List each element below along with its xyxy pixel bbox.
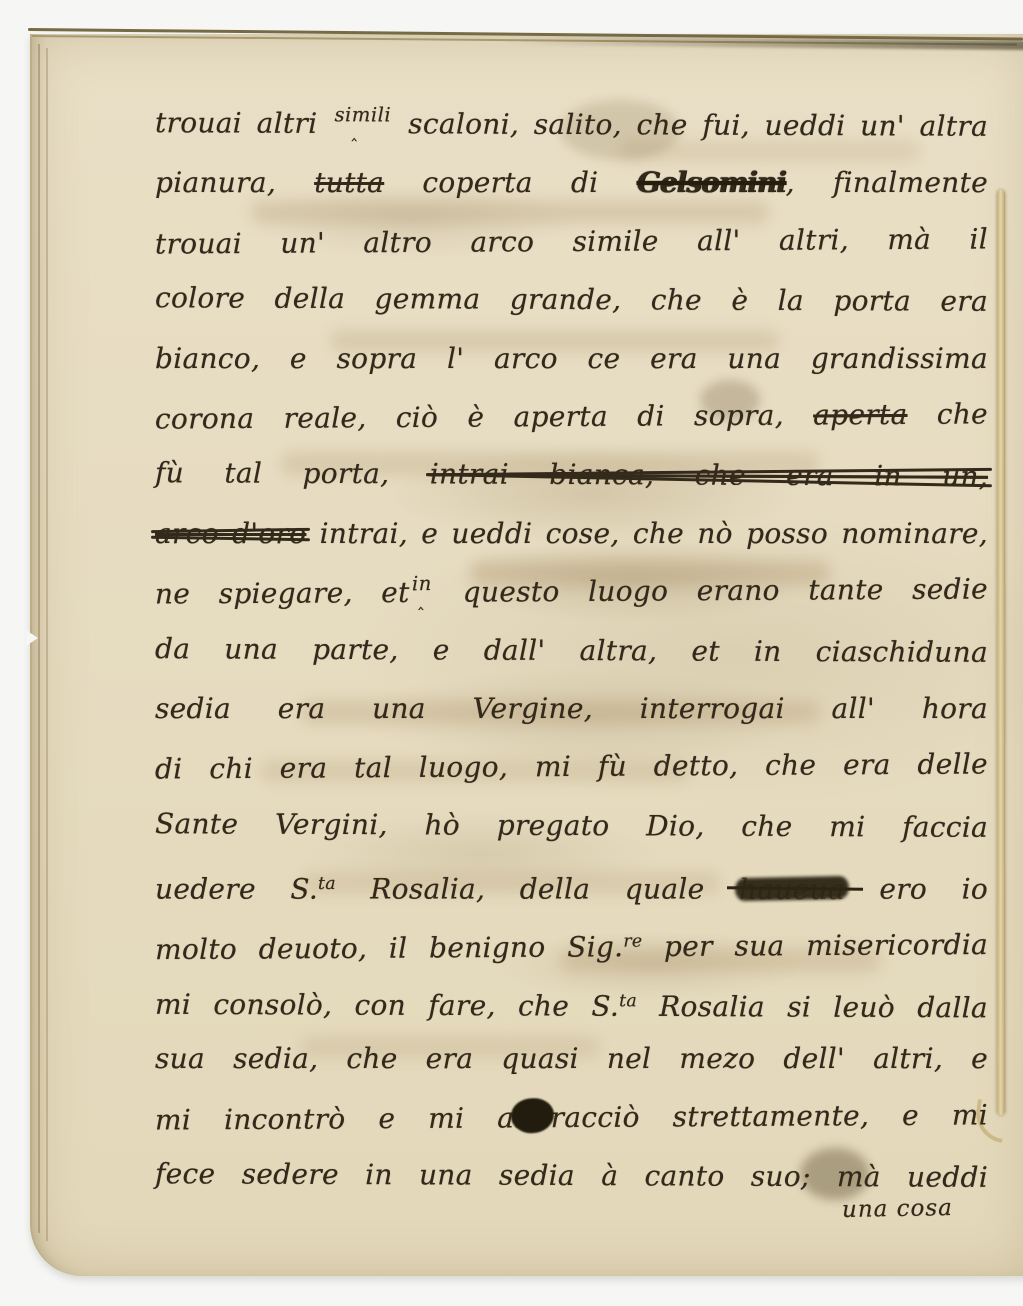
handwritten-text: Sante Vergini, hò pregato Dio, che mi fa… [155, 807, 988, 844]
manuscript-line: arco d'oro intrai, e ueddi cose, che nò … [155, 505, 988, 563]
manuscript-line: di chi era tal luogo, mi fù detto, che e… [155, 736, 988, 799]
superscript-abbreviation: ta [318, 874, 336, 894]
handwritten-text: ero io [845, 873, 988, 906]
overwritten-text: Gelsomini [637, 166, 786, 199]
handwritten-text: racciò strettamente, e mi [551, 1098, 989, 1134]
handwritten-text: bianco, e sopra l' arco ce era una grand… [155, 342, 988, 375]
handwritten-text: questo luogo erano tante sedie [434, 573, 988, 609]
handwritten-text: Rosalia, della quale [336, 873, 739, 906]
handwritten-text: corona reale, ciò è aperta di sopra, [155, 398, 813, 435]
page-edge-top [28, 26, 1023, 48]
manuscript-line: sua sedia, che era quasi nel mezo dell' … [155, 1030, 988, 1088]
manuscript-line: mi consolò, con fare, che S.ta Rosalia s… [155, 970, 988, 1032]
handwritten-text: scaloni, salito, che fui, ueddi un' altr… [393, 107, 988, 143]
handwritten-text: molto deuoto, il benigno Sig. [155, 931, 623, 967]
handwritten-text: trouai un' altro arco simile all' altri,… [155, 222, 988, 260]
catchword: una cosa [842, 1195, 953, 1223]
manuscript-line: ne spiegare, etin questo luogo erano tan… [155, 561, 988, 624]
handwritten-text: fù tal porta, [155, 457, 430, 491]
struck-text: arco d'oro [155, 517, 306, 550]
superscript-abbreviation: ta [619, 991, 637, 1011]
manuscript-line: colore della gemma grande, che è la port… [155, 269, 988, 331]
manuscript-scan: trouai altri simili scaloni, salito, che… [0, 0, 1023, 1306]
manuscript-line: trouai altri simili scaloni, salito, che… [155, 94, 988, 156]
handwritten-text: trouai altri [155, 106, 332, 140]
struck-text: tutta [314, 166, 384, 199]
manuscript-line: uedere S.ta Rosalia, della quale haueua … [155, 855, 988, 913]
manuscript-line: pianura, tutta coperta di Gelsomini, fin… [155, 154, 988, 212]
struck-text: intrai bianca, che era in un, [430, 458, 988, 493]
handwritten-text: uedere S. [155, 873, 318, 906]
manuscript-line: fù tal porta, intrai bianca, che era in … [155, 445, 988, 507]
handwritten-text: ne spiegare, et [155, 576, 410, 611]
handwritten-text: pianura, [155, 166, 314, 199]
manuscript-line: bianco, e sopra l' arco ce era una grand… [155, 330, 988, 388]
ink-blot: bb [514, 1101, 551, 1134]
manuscript-line: mi incontrò e mi abbracciò strettamente,… [155, 1086, 988, 1149]
manuscript-line: molto deuoto, il benigno Sig.re per sua … [155, 911, 988, 974]
handwritten-text: da una parte, e dall' altra, et in ciasc… [155, 632, 988, 669]
interline-insertion: in [412, 555, 432, 614]
handwritten-text: Rosalia si leuò dalla [637, 990, 988, 1025]
handwritten-text: sedia era una Vergine, interrogai all' h… [155, 692, 988, 725]
handwritten-text: mi consolò, con fare, che S. [155, 988, 619, 1023]
blotted-text: haueua [739, 873, 845, 906]
handwritten-text: coperta di [384, 166, 636, 199]
manuscript-line: da una parte, e dall' altra, et in ciasc… [155, 620, 988, 682]
page-edge-line [38, 44, 40, 1233]
manuscript-line: sedia era una Vergine, interrogai all' h… [155, 680, 988, 738]
handwritten-text: fece sedere in una sedia à canto suo; mà… [155, 1157, 988, 1194]
page-edge-line [46, 48, 48, 1241]
handwritten-text: di chi era tal luogo, mi fù detto, che e… [155, 748, 988, 786]
handwritten-text: che [907, 397, 988, 430]
manuscript-line: corona reale, ciò è aperta di sopra, ape… [155, 385, 988, 448]
handwritten-text: per sua misericordia [642, 928, 988, 963]
superscript-abbreviation: re [623, 932, 642, 952]
handwritten-text: intrai, e ueddi cose, che nò posso nomin… [306, 517, 988, 550]
manuscript-line: Sante Vergini, hò pregato Dio, che mi fa… [155, 795, 988, 857]
struck-text: aperta [813, 398, 908, 432]
handwritten-text: mi incontrò e mi a [155, 1101, 514, 1136]
handwritten-text: colore della gemma grande, che è la port… [155, 281, 988, 318]
manuscript-text: trouai altri simili scaloni, salito, che… [155, 96, 988, 1205]
page-edge-left [34, 44, 58, 1259]
interline-insertion: simili [334, 86, 391, 145]
manuscript-line: trouai un' altro arco simile all' altri,… [155, 210, 988, 273]
binding-thread [997, 190, 1005, 1115]
handwritten-text: sua sedia, che era quasi nel mezo dell' … [155, 1042, 988, 1075]
handwritten-text: , finalmente [786, 166, 988, 199]
